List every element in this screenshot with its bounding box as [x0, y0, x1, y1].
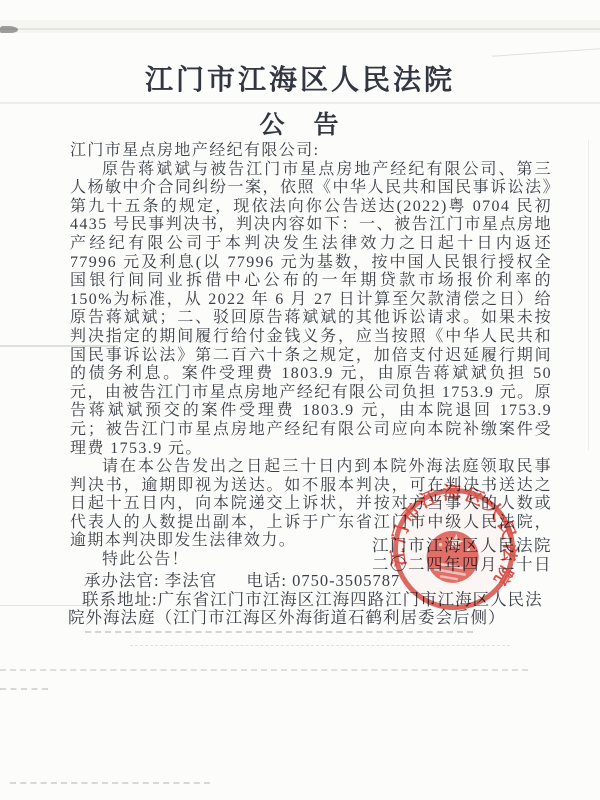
scan-artifact-line — [0, 102, 600, 104]
court-seal: 江门市江海区人民法院 — [380, 475, 528, 623]
scan-artifact-vertical-line — [588, 140, 589, 450]
scan-artifact-dotted-line — [85, 631, 473, 633]
notice-title: 公 告 — [0, 105, 600, 141]
scanned-court-notice-page: 江门市江海区人民法院 公 告 江门市星点房地产经纪有限公司: 原告蒋斌斌与被告江… — [0, 0, 600, 800]
scan-artifact-dotted-line — [0, 669, 528, 671]
judge-label: 承办法官: — [84, 571, 160, 590]
scan-artifact-band — [0, 20, 600, 33]
addressee-line: 江门市星点房地产经纪有限公司: — [70, 142, 552, 161]
phone-label: 电话: — [246, 571, 287, 590]
scan-artifact-streak — [492, 48, 600, 57]
scan-artifact-dotted-line — [130, 645, 510, 646]
scan-artifact-line — [0, 28, 600, 30]
paragraph-judgment: 原告蒋斌斌与被告江门市星点房地产经纪有限公司、第三人杨敏中介合同纠纷一案，依照《… — [70, 161, 552, 459]
address-label: 联系地址: — [82, 590, 158, 609]
scan-artifact-dotted-line — [10, 782, 210, 784]
scan-artifact-blob — [0, 26, 18, 33]
court-title: 江门市江海区人民法院 — [0, 58, 600, 98]
scan-artifact-dotted-line — [0, 688, 48, 690]
judge-name: 李法官 — [165, 571, 218, 590]
